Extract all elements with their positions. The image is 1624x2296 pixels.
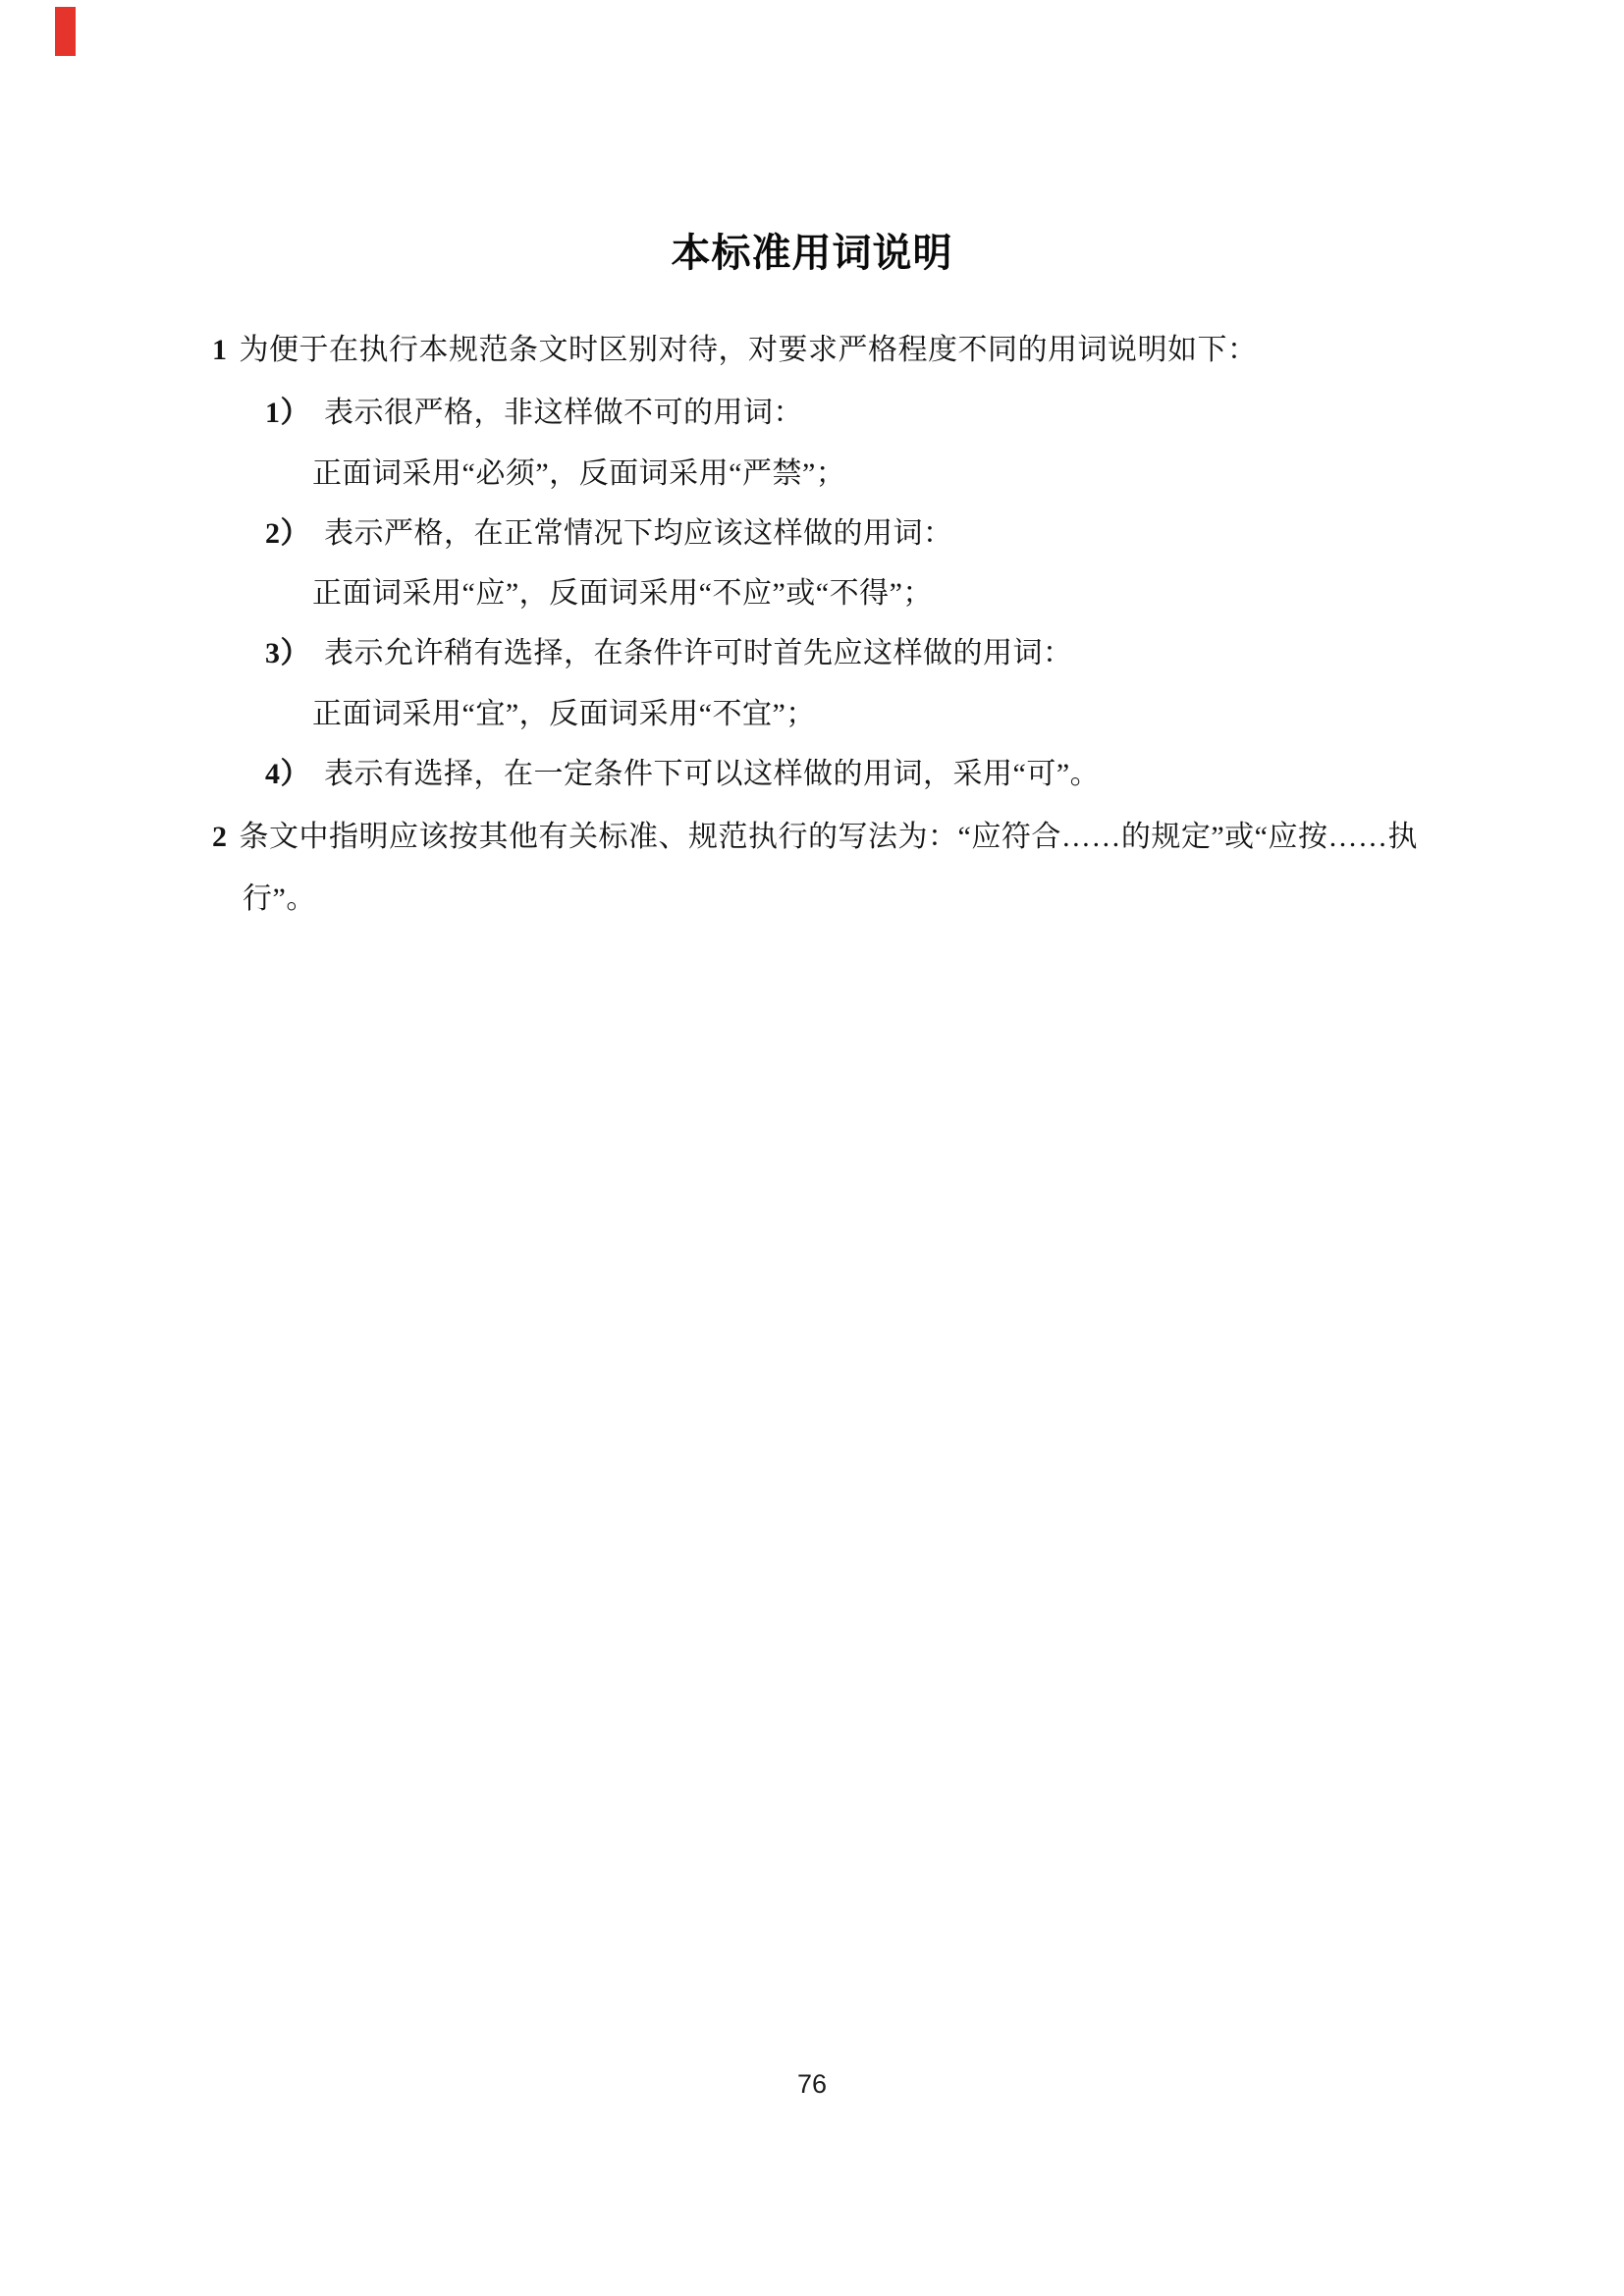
item-4-text: 表示有选择，在一定条件下可以这样做的用词，采用“可”。: [324, 758, 1100, 790]
item-1-text: 表示很严格，非这样做不可的用词：: [324, 397, 803, 429]
item-3-text: 表示允许稍有选择，在条件许可时首先应这样做的用词：: [324, 637, 1073, 669]
clause-2-text-line1: 条文中指明应该按其他有关标准、规范执行的写法为：“应符合……的规定”或“应按………: [240, 821, 1418, 853]
item-3: 3）表示允许稍有选择，在条件许可时首先应这样做的用词：: [265, 633, 1073, 674]
page-title: 本标准用词说明: [0, 222, 1624, 278]
item-1-definition: 正面词采用“必须”，反面词采用“严禁”；: [312, 454, 845, 495]
document-page: 本标准用词说明 1为便于在执行本规范条文时区别对待，对要求严格程度不同的用词说明…: [0, 0, 1624, 2296]
clause-1: 1为便于在执行本规范条文时区别对待，对要求严格程度不同的用词说明如下：: [212, 330, 1258, 371]
item-1: 1）表示很严格，非这样做不可的用词：: [265, 393, 803, 434]
clause-2: 2条文中指明应该按其他有关标准、规范执行的写法为：“应符合……的规定”或“应按……: [212, 817, 1418, 858]
clause-2-number: 2: [212, 821, 228, 853]
red-mark: [55, 7, 76, 56]
item-4-number: 4）: [265, 758, 310, 790]
item-2-text: 表示严格，在正常情况下均应该这样做的用词：: [324, 517, 953, 550]
clause-2-text-line2: 行”。: [243, 882, 316, 915]
clause-1-number: 1: [212, 334, 228, 366]
item-2-definition-text: 正面词采用“应”，反面词采用“不应”或“不得”；: [312, 577, 933, 610]
item-2-definition: 正面词采用“应”，反面词采用“不应”或“不得”；: [312, 573, 933, 614]
item-1-number: 1）: [265, 397, 310, 429]
item-4: 4）表示有选择，在一定条件下可以这样做的用词，采用“可”。: [265, 754, 1100, 795]
clause-1-text: 为便于在执行本规范条文时区别对待，对要求严格程度不同的用词说明如下：: [240, 334, 1258, 366]
page-number: 76: [0, 2069, 1624, 2100]
item-3-definition: 正面词采用“宜”，反面词采用“不宜”；: [312, 694, 816, 735]
item-3-number: 3）: [265, 637, 310, 669]
item-2: 2）表示严格，在正常情况下均应该这样做的用词：: [265, 513, 953, 555]
item-2-number: 2）: [265, 517, 310, 550]
item-3-definition-text: 正面词采用“宜”，反面词采用“不宜”；: [312, 698, 816, 730]
item-1-definition-text: 正面词采用“必须”，反面词采用“严禁”；: [312, 457, 845, 490]
clause-2-continuation: 行”。: [243, 879, 316, 920]
